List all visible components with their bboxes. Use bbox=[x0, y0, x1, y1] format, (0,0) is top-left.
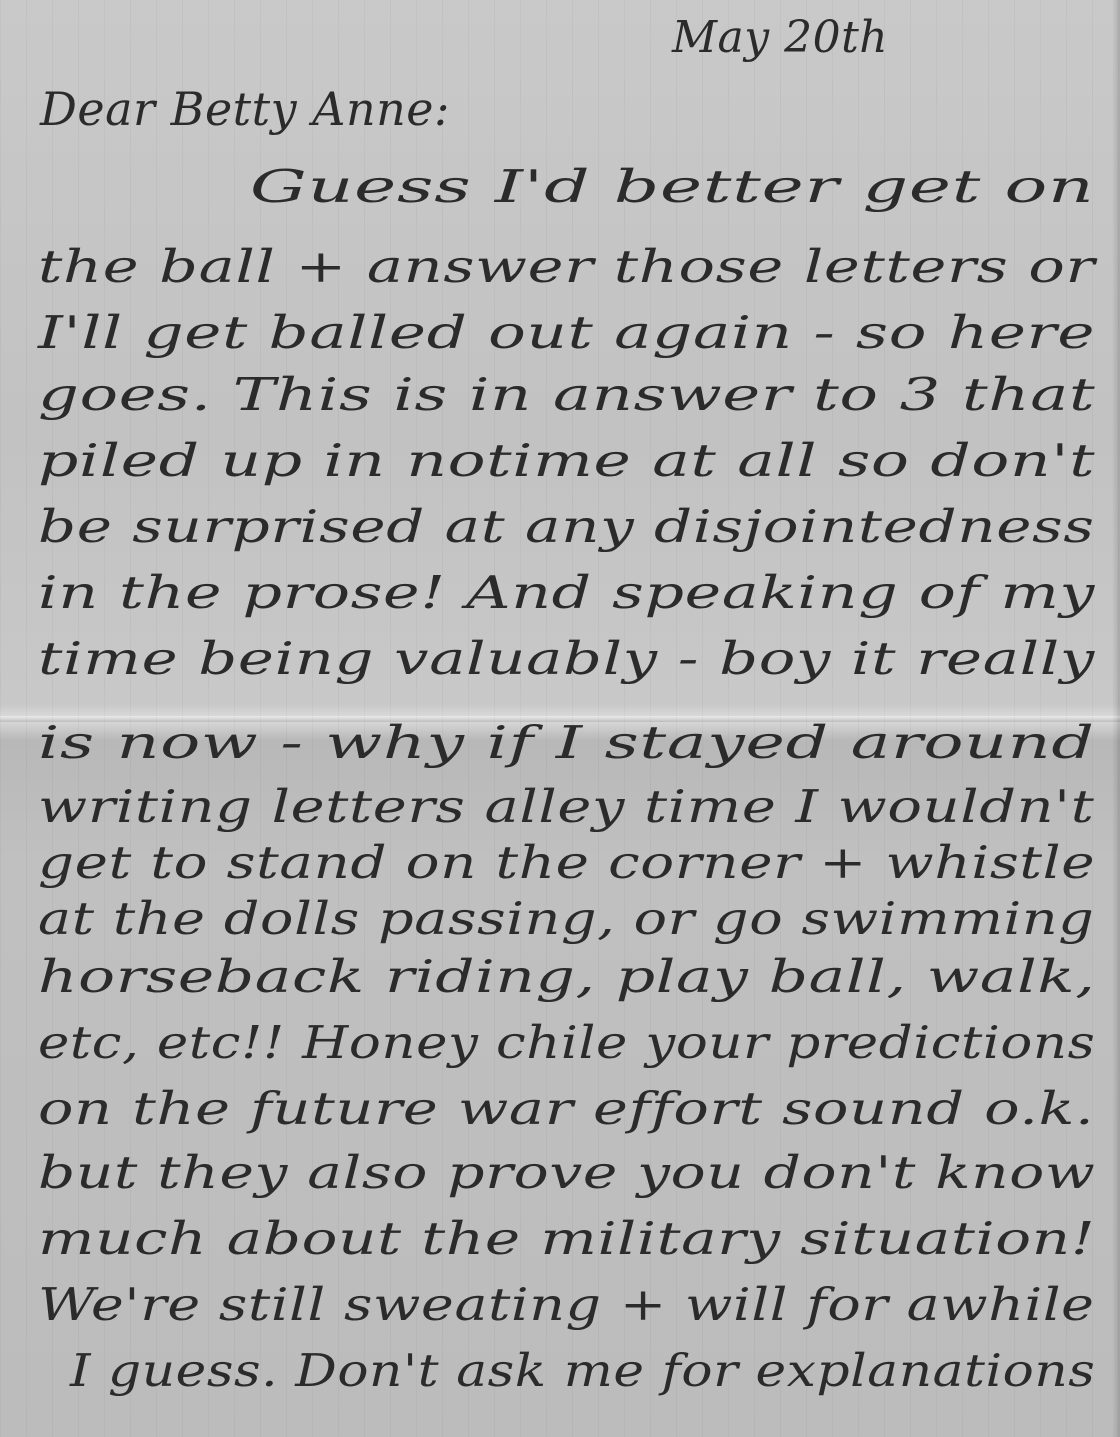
letter-line: much about the military situation! bbox=[38, 1212, 1095, 1265]
letter-line: at the dolls passing, or go swimming bbox=[38, 892, 1094, 945]
letter-line: We're still sweating + will for awhile bbox=[38, 1278, 1095, 1331]
letter-line: Guess I'd better get on bbox=[250, 160, 1095, 213]
letter-line: piled up in notime at all so don't bbox=[38, 434, 1095, 487]
paper-edge-shadow bbox=[1112, 0, 1120, 1437]
letter-line: horseback riding, play ball, walk, bbox=[38, 950, 1095, 1003]
letter-line: get to stand on the corner + whistle bbox=[38, 836, 1095, 889]
letter-salutation: Dear Betty Anne: bbox=[40, 82, 450, 136]
letter-line: in the prose! And speaking of my bbox=[38, 566, 1095, 619]
letter-line: on the future war effort sound o.k. bbox=[38, 1082, 1094, 1135]
letter-line: but they also prove you don't know bbox=[38, 1146, 1096, 1199]
letter-line: I guess. Don't ask me for explanations bbox=[70, 1344, 1095, 1397]
letter-line: I'll get balled out again - so here bbox=[38, 306, 1095, 359]
letter-line: goes. This is in answer to 3 that bbox=[38, 368, 1095, 421]
letter-line: time being valuably - boy it really bbox=[38, 632, 1095, 685]
letter-line: the ball + answer those letters or bbox=[38, 240, 1095, 293]
letter-line: be surprised at any disjointedness bbox=[38, 500, 1095, 553]
letter-line: is now - why if I stayed around bbox=[38, 716, 1095, 769]
letter-page: May 20th Dear Betty Anne: Guess I'd bett… bbox=[0, 0, 1120, 1437]
letter-date: May 20th bbox=[672, 12, 888, 63]
letter-line: etc, etc!! Honey chile your predictions bbox=[38, 1016, 1095, 1069]
letter-line: writing letters alley time I wouldn't bbox=[38, 780, 1094, 833]
